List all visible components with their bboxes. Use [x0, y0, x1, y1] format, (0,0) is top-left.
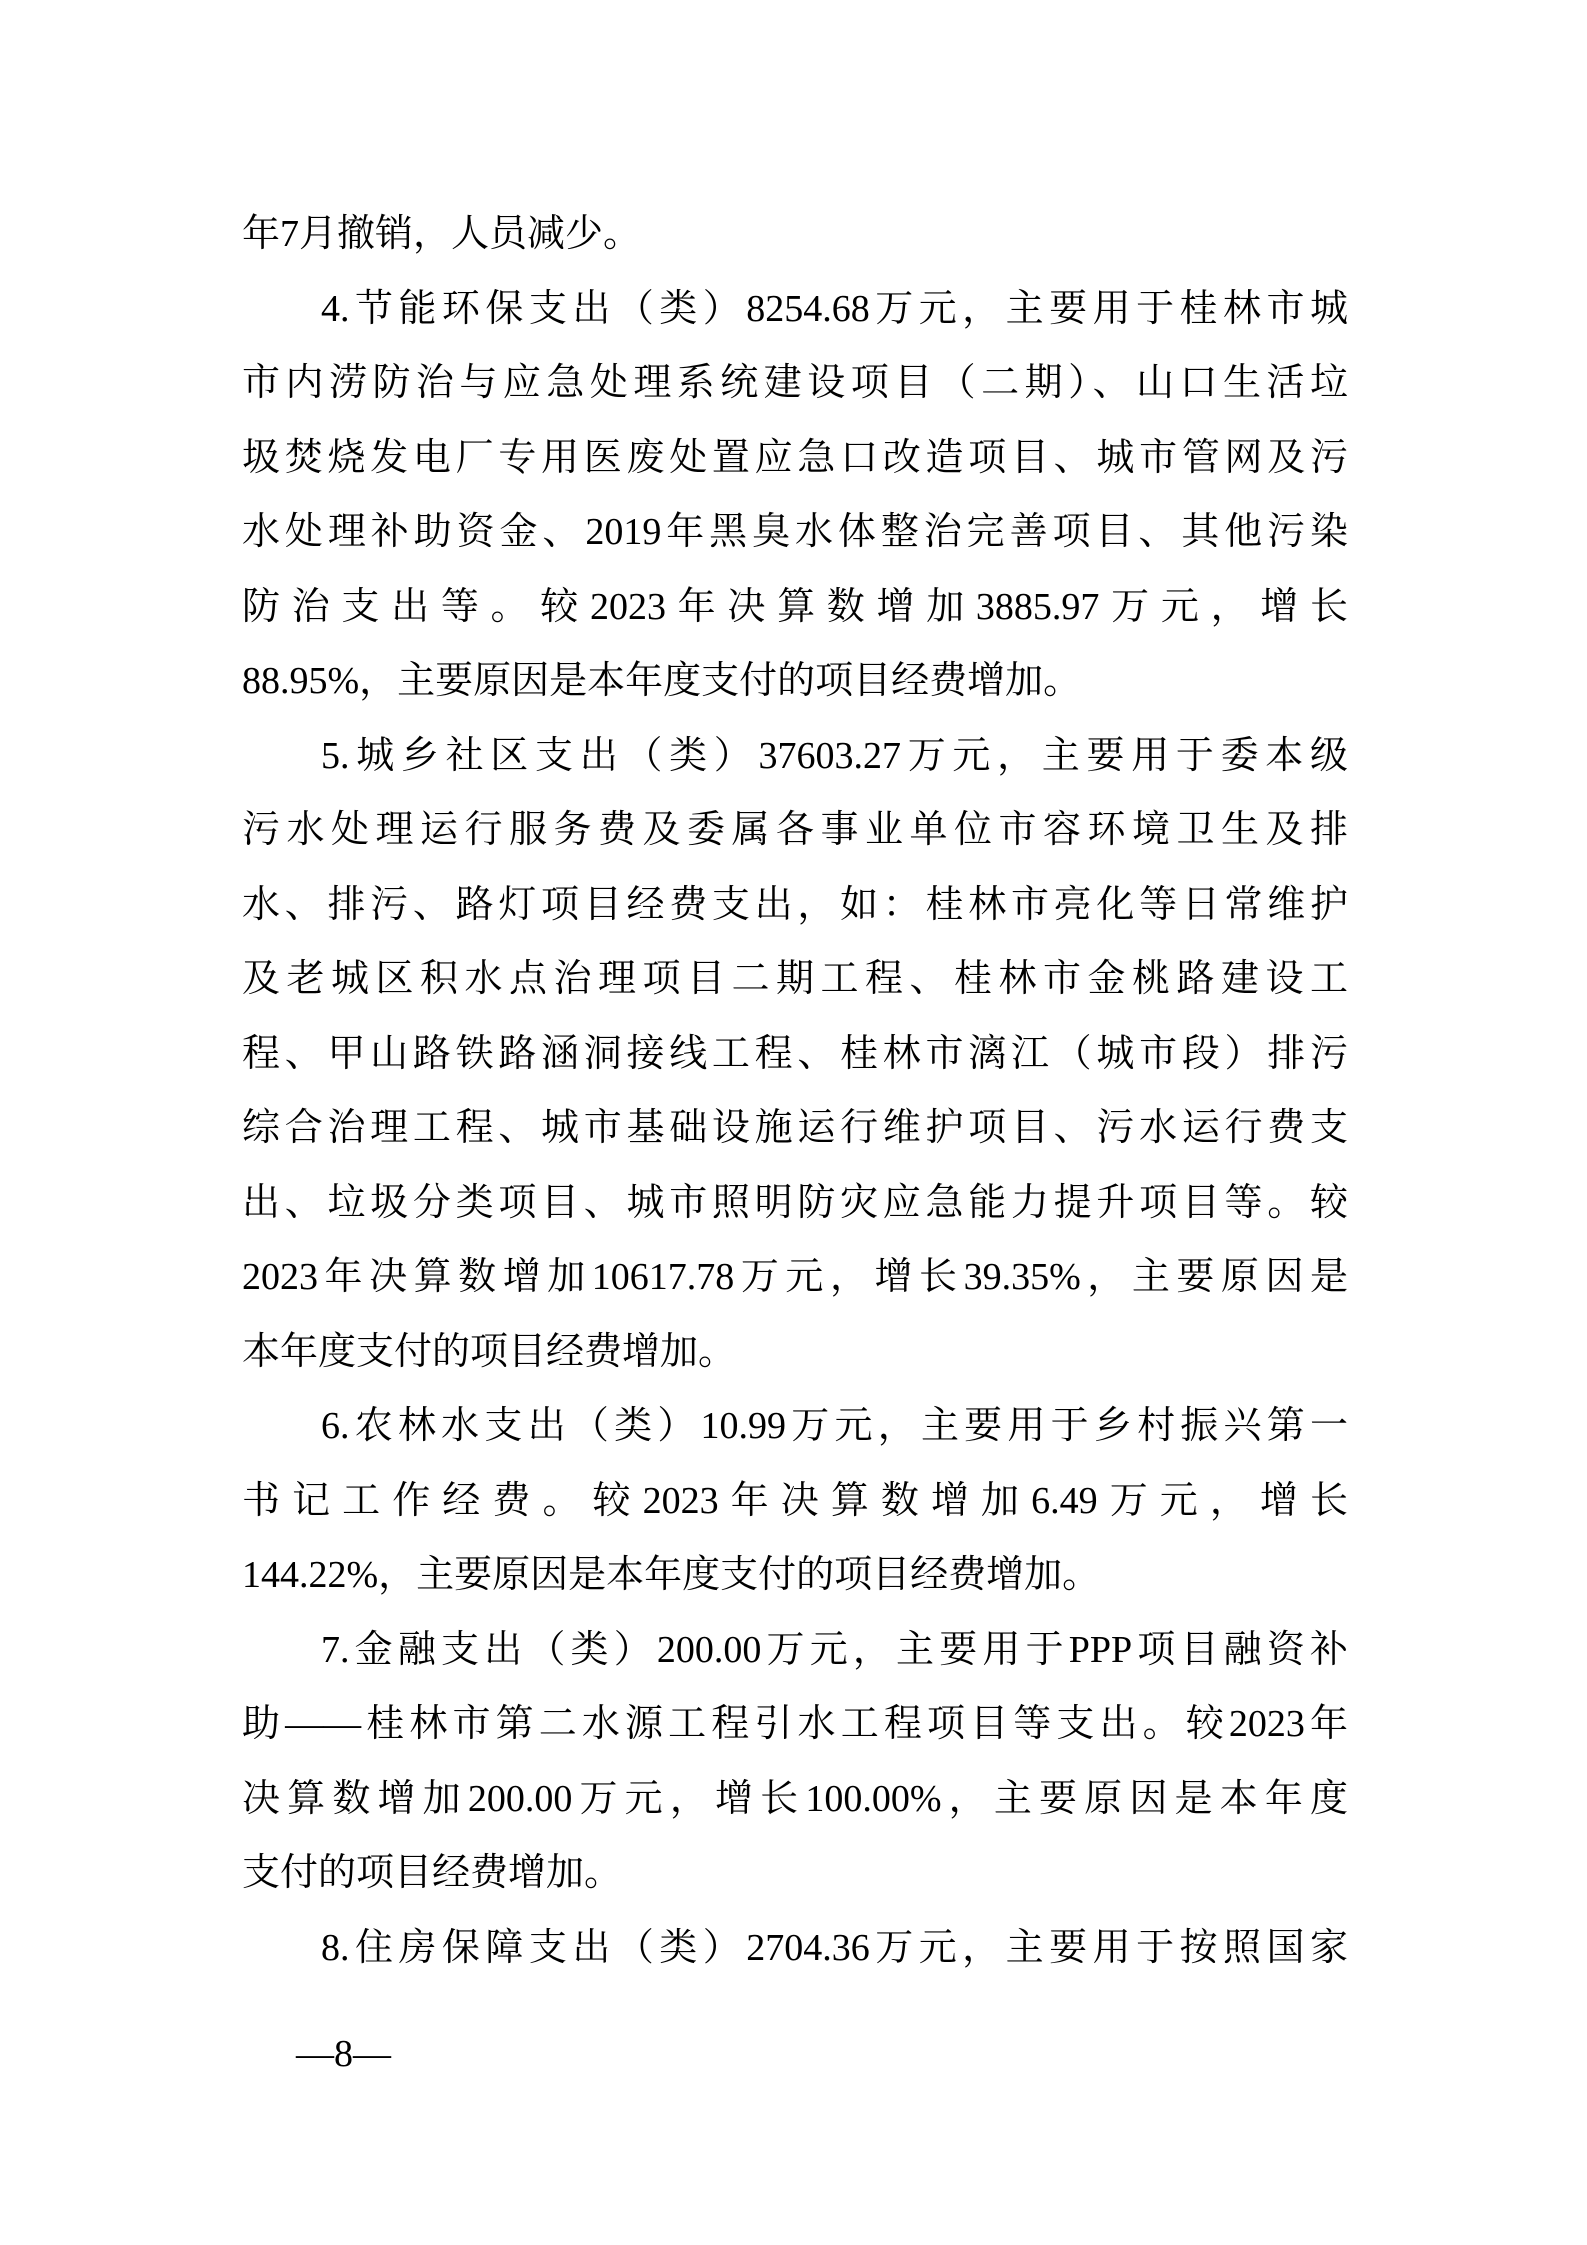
text-line: 2023年决算数增加10617.78万元，增长39.35%，主要原因是	[242, 1240, 1348, 1315]
text-line: 支付的项目经费增加。	[242, 1836, 1348, 1911]
text-line: 5.城乡社区支出（类）37603.27万元，主要用于委本级	[242, 719, 1348, 794]
text-line: 防治支出等。较2023年决算数增加3885.97万元，增长	[242, 570, 1348, 645]
text-line: 程、甲山路铁路涵洞接线工程、桂林市漓江（城市段）排污	[242, 1017, 1348, 1092]
text-line: 圾焚烧发电厂专用医废处置应急口改造项目、城市管网及污	[242, 421, 1348, 496]
text-line: 书记工作经费。较2023年决算数增加6.49万元，增长	[242, 1464, 1348, 1539]
text-line: 出、垃圾分类项目、城市照明防灾应急能力提升项目等。较	[242, 1166, 1348, 1241]
text-line: 年7月撤销，人员减少。	[242, 197, 1348, 272]
text-line: 4.节能环保支出（类）8254.68万元，主要用于桂林市城	[242, 272, 1348, 347]
text-line: 6.农林水支出（类）10.99万元，主要用于乡村振兴第一	[242, 1389, 1348, 1464]
page-number: —8—	[296, 2032, 391, 2076]
text-line: 水处理补助资金、2019年黑臭水体整治完善项目、其他污染	[242, 495, 1348, 570]
text-line: 水、排污、路灯项目经费支出，如：桂林市亮化等日常维护	[242, 868, 1348, 943]
text-line: 决算数增加200.00万元，增长100.00%，主要原因是本年度	[242, 1762, 1348, 1837]
text-line: 7.金融支出（类）200.00万元，主要用于PPP项目融资补	[242, 1613, 1348, 1688]
text-line: 综合治理工程、城市基础设施运行维护项目、污水运行费支	[242, 1091, 1348, 1166]
text-line: 市内涝防治与应急处理系统建设项目（二期）、山口生活垃	[242, 346, 1348, 421]
document-page: 年7月撤销，人员减少。4.节能环保支出（类）8254.68万元，主要用于桂林市城…	[0, 0, 1587, 2245]
text-line: 本年度支付的项目经费增加。	[242, 1315, 1348, 1390]
text-line: 及老城区积水点治理项目二期工程、桂林市金桃路建设工	[242, 942, 1348, 1017]
text-line: 88.95%，主要原因是本年度支付的项目经费增加。	[242, 644, 1348, 719]
text-line: 助——桂林市第二水源工程引水工程项目等支出。较2023年	[242, 1687, 1348, 1762]
document-body: 年7月撤销，人员减少。4.节能环保支出（类）8254.68万元，主要用于桂林市城…	[242, 197, 1348, 1985]
text-line: 144.22%，主要原因是本年度支付的项目经费增加。	[242, 1538, 1348, 1613]
text-line: 污水处理运行服务费及委属各事业单位市容环境卫生及排	[242, 793, 1348, 868]
text-line: 8.住房保障支出（类）2704.36万元，主要用于按照国家	[242, 1911, 1348, 1986]
